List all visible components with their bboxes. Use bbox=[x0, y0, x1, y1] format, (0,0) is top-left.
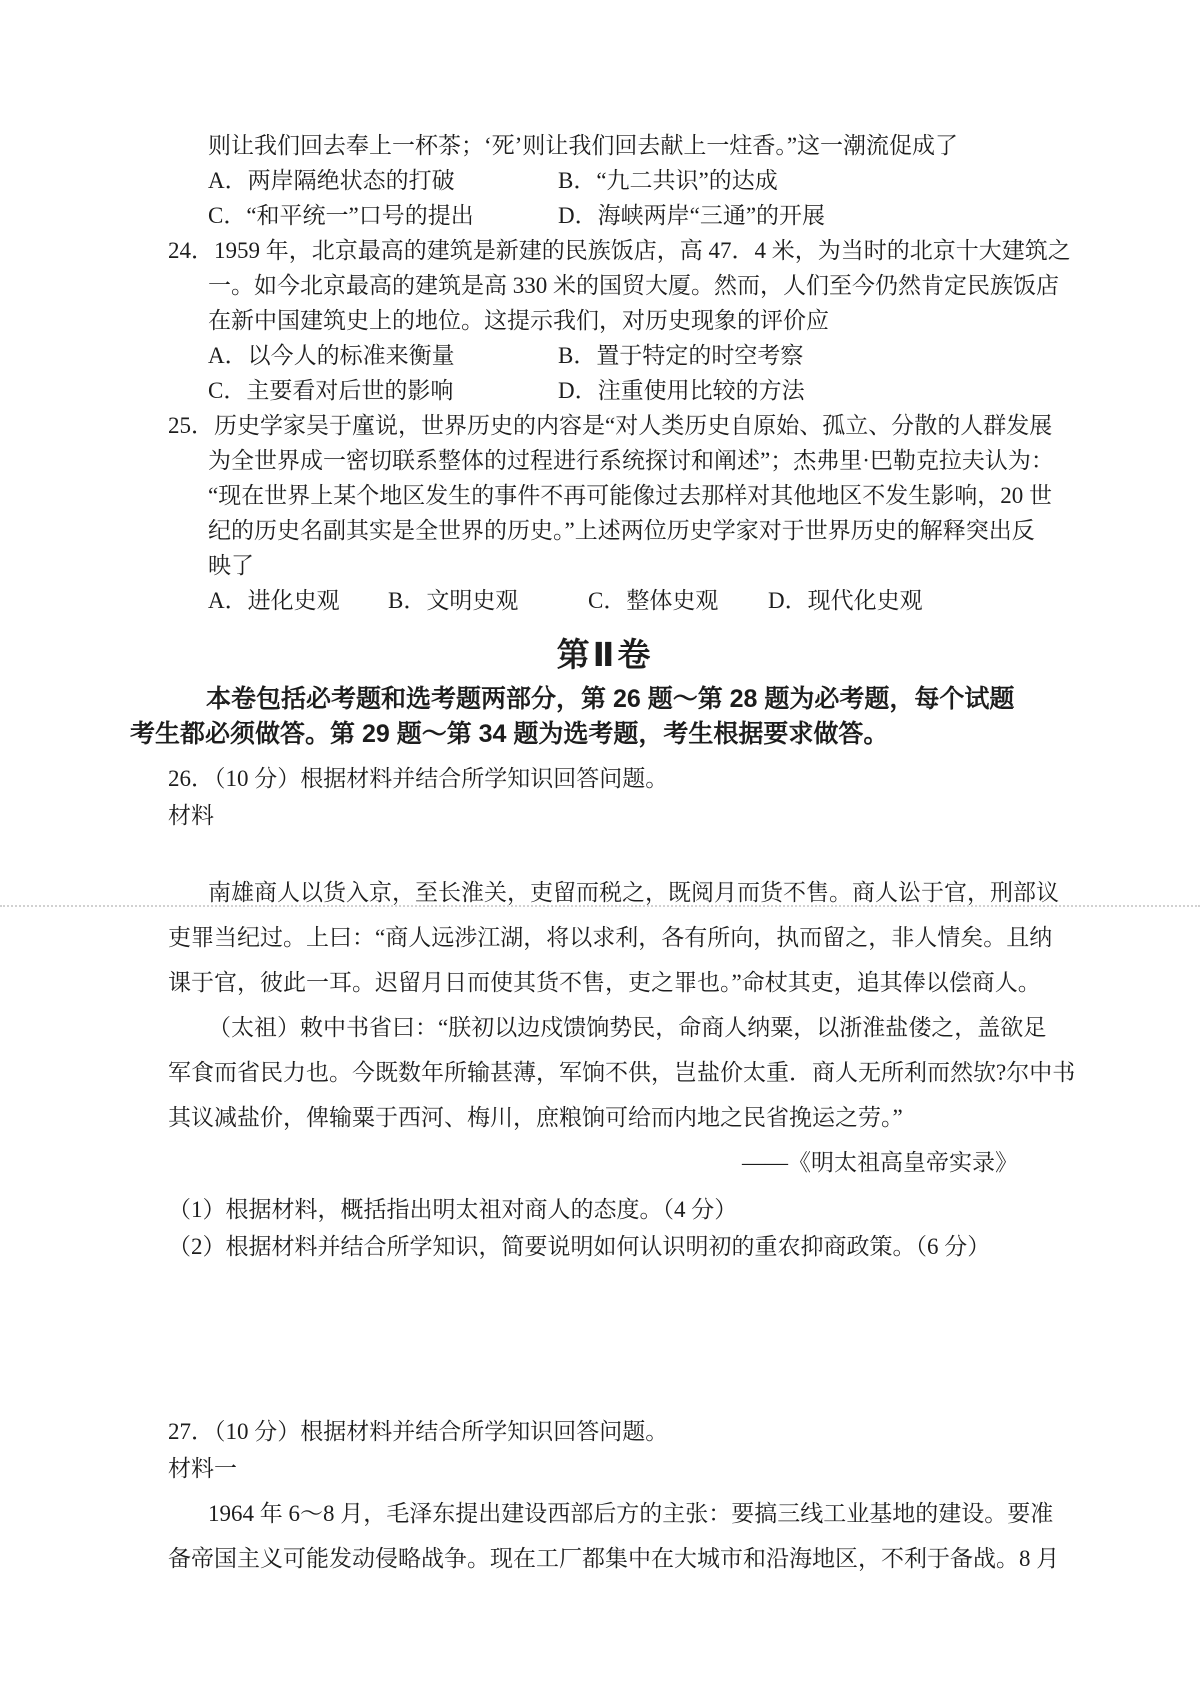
question-25-number: 25． bbox=[168, 408, 214, 443]
section-2-notice-line-2: 考生都必须做答。第 29 题～第 34 题为选考题，考生根据要求做答。 bbox=[130, 717, 1042, 752]
question-23: 则让我们回去奉上一杯茶；‘死’则让我们回去献上一炷香。”这一潮流促成了 A．两岸… bbox=[168, 128, 1042, 618]
question-25-line-1: 25． 历史学家吴于廑说，世界历史的内容是“对人类历史自原始、孤立、分散的人群发… bbox=[168, 408, 1042, 443]
question-23-option-a: A．两岸隔绝状态的打破 bbox=[208, 163, 558, 198]
question-25-options-row: A．进化史观 B．文明史观 C．整体史观 D．现代化史观 bbox=[168, 583, 1042, 618]
question-24-option-a: A．以今人的标准来衡量 bbox=[208, 338, 558, 373]
question-25-line-4: 纪的历史名副其实是全世界的历史。”上述两位历史学家对于世界历史的解释突出反 bbox=[168, 513, 1042, 548]
material-one-line-1: 1964 年 6～8 月，毛泽东提出建设西部后方的主张：要搞三线工业基地的建设。… bbox=[168, 1495, 1042, 1540]
section-2-notice-line-1: 本卷包括必考题和选考题两部分，第 26 题～第 28 题为必考题，每个试题 bbox=[130, 682, 1042, 717]
question-27-material-label: 材料一 bbox=[168, 1450, 1042, 1487]
question-24-line-2: 一。如今北京最高的建筑是高 330 米的国贸大厦。然而，人们至今仍然肯定民族饭店 bbox=[168, 268, 1042, 303]
question-26-header: 26．（10 分）根据材料并结合所学知识回答问题。 bbox=[168, 760, 1042, 797]
material-one-line-2: 备帝国主义可能发动侵略战争。现在工厂都集中在大城市和沿海地区，不利于备战。8 月 bbox=[168, 1540, 1042, 1585]
question-26-sub-q2: （2）根据材料并结合所学知识，简要说明如何认识明初的重农抑商政策。（6 分） bbox=[168, 1228, 1042, 1265]
question-24-options-row-2: C．主要看对后世的影响 D．注重使用比较的方法 bbox=[168, 373, 1042, 408]
question-26-material: 南雄商人以货入京，至长淮关，吏留而税之，既阅月而货不售。商人讼于官，刑部议 吏罪… bbox=[168, 870, 1042, 1185]
material-line-2: 吏罪当纪过。上曰：“商人远涉江湖，将以求利，各有所向，执而留之，非人情矣。且纳 bbox=[168, 915, 1042, 960]
question-26-sub-questions: （1）根据材料，概括指出明太祖对商人的态度。（4 分） （2）根据材料并结合所学… bbox=[168, 1191, 1042, 1265]
exam-page: 则让我们回去奉上一杯茶；‘死’则让我们回去献上一炷香。”这一潮流促成了 A．两岸… bbox=[0, 0, 1200, 1698]
question-23-option-d: D．海峡两岸“三通”的开展 bbox=[558, 198, 825, 233]
section-2: 第Ⅱ卷 本卷包括必考题和选考题两部分，第 26 题～第 28 题为必考题，每个试… bbox=[168, 632, 1042, 752]
question-25-line-2: 为全世界成一密切联系整体的过程进行系统探讨和阐述”；杰弗里·巴勒克拉夫认为： bbox=[168, 443, 1042, 478]
question-27: 27．（10 分）根据材料并结合所学知识回答问题。 材料一 1964 年 6～8… bbox=[168, 1413, 1042, 1585]
question-26: 26．（10 分）根据材料并结合所学知识回答问题。 材料 南雄商人以货入京，至长… bbox=[168, 760, 1042, 1265]
material-line-1: 南雄商人以货入京，至长淮关，吏留而税之，既阅月而货不售。商人讼于官，刑部议 bbox=[168, 870, 1042, 915]
question-26-material-label: 材料 bbox=[168, 797, 1042, 834]
question-25-line-3: “现在世界上某个地区发生的事件不再可能像过去那样对其他地区不发生影响，20 世 bbox=[168, 478, 1042, 513]
question-23-option-b: B．“九二共识”的达成 bbox=[558, 163, 778, 198]
question-24-text-1: 1959 年，北京最高的建筑是新建的民族饭店，高 47．4 米，为当时的北京十大… bbox=[214, 233, 1071, 268]
material-line-6: 其议减盐价，俾输粟于西河、梅川，庶粮饷可给而内地之民省挽运之劳。” bbox=[168, 1095, 1042, 1140]
question-25-line-5: 映了 bbox=[168, 548, 1042, 583]
question-24-option-b: B．置于特定的时空考察 bbox=[558, 338, 803, 373]
question-25-option-d: D．现代化史观 bbox=[768, 583, 923, 618]
question-23-options-row-1: A．两岸隔绝状态的打破 B．“九二共识”的达成 bbox=[168, 163, 1042, 198]
question-24-number: 24． bbox=[168, 233, 214, 268]
question-25-option-c: C．整体史观 bbox=[588, 583, 768, 618]
question-24-option-d: D．注重使用比较的方法 bbox=[558, 373, 805, 408]
material-attribution: ——《明太祖高皇帝实录》 bbox=[168, 1140, 1042, 1185]
material-line-4: （太祖）敕中书省曰：“朕初以边戍馈饷势民，命商人纳粟，以浙淮盐偻之，盖欲足 bbox=[168, 1005, 1042, 1050]
question-26-sub-q1: （1）根据材料，概括指出明太祖对商人的态度。（4 分） bbox=[168, 1191, 1042, 1228]
question-24-option-c: C．主要看对后世的影响 bbox=[208, 373, 558, 408]
question-27-material: 1964 年 6～8 月，毛泽东提出建设西部后方的主张：要搞三线工业基地的建设。… bbox=[168, 1495, 1042, 1585]
question-24-line-3: 在新中国建筑史上的地位。这提示我们，对历史现象的评价应 bbox=[168, 303, 1042, 338]
question-23-options-row-2: C．“和平统一”口号的提出 D．海峡两岸“三通”的开展 bbox=[168, 198, 1042, 233]
section-2-title: 第Ⅱ卷 bbox=[168, 632, 1042, 678]
question-23-stem-tail: 则让我们回去奉上一杯茶；‘死’则让我们回去献上一炷香。”这一潮流促成了 bbox=[168, 128, 1042, 163]
question-25-option-a: A．进化史观 bbox=[208, 583, 388, 618]
question-24-options-row-1: A．以今人的标准来衡量 B．置于特定的时空考察 bbox=[168, 338, 1042, 373]
question-25-text-1: 历史学家吴于廑说，世界历史的内容是“对人类历史自原始、孤立、分散的人群发展 bbox=[214, 408, 1052, 443]
material-line-3: 课于官，彼此一耳。迟留月日而使其货不售，吏之罪也。”命杖其吏，追其俸以偿商人。 bbox=[168, 960, 1042, 1005]
question-24-line-1: 24． 1959 年，北京最高的建筑是新建的民族饭店，高 47．4 米，为当时的… bbox=[168, 233, 1042, 268]
question-27-header: 27．（10 分）根据材料并结合所学知识回答问题。 bbox=[168, 1413, 1042, 1450]
question-25-option-b: B．文明史观 bbox=[388, 583, 588, 618]
question-23-option-c: C．“和平统一”口号的提出 bbox=[208, 198, 558, 233]
exam-content: 则让我们回去奉上一杯茶；‘死’则让我们回去献上一炷香。”这一潮流促成了 A．两岸… bbox=[168, 128, 1042, 1585]
material-line-5: 军食而省民力也。今既数年所输甚薄，军饷不供，岂盐价太重．商人无所利而然欤?尔中书 bbox=[168, 1050, 1042, 1095]
section-2-notice: 本卷包括必考题和选考题两部分，第 26 题～第 28 题为必考题，每个试题 考生… bbox=[130, 682, 1042, 752]
